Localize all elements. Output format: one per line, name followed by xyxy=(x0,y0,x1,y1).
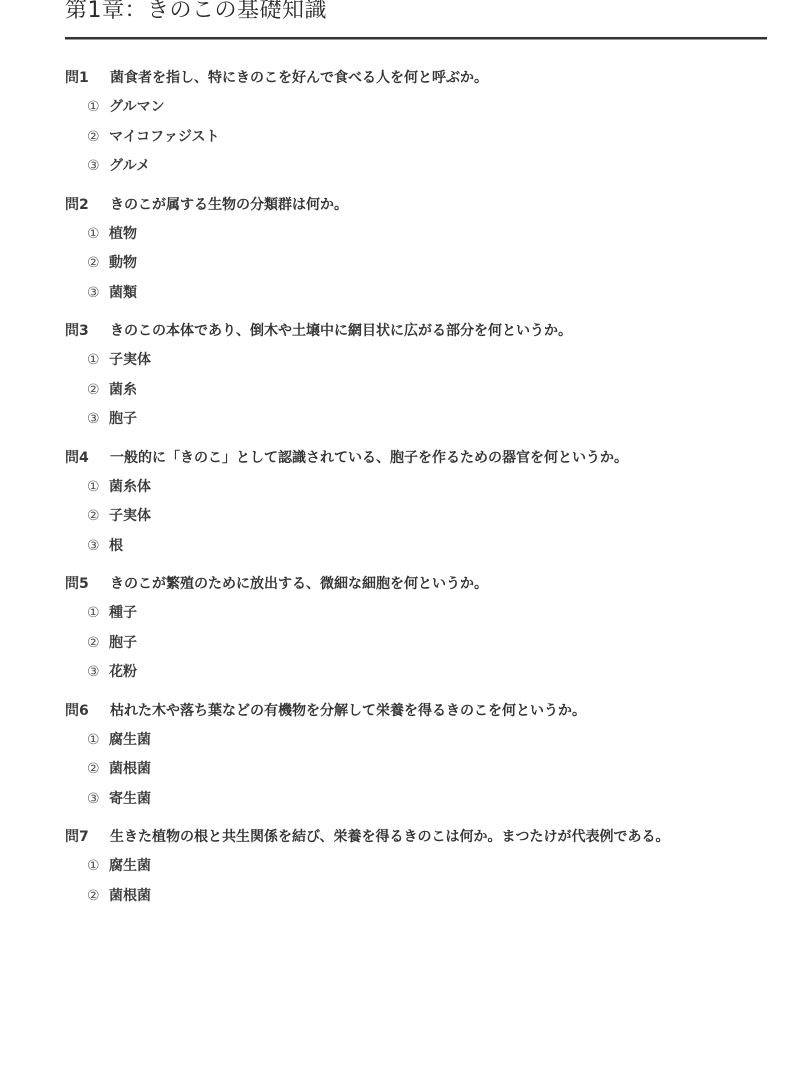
option-1: ①グルマン xyxy=(87,93,767,123)
option-list: ①グルマン ②マイコファジスト ③グルメ xyxy=(65,93,767,182)
option-label: 菌根菌 xyxy=(109,888,151,904)
option-3: ③花粉 xyxy=(87,658,767,688)
option-label: 腐生菌 xyxy=(109,858,151,874)
option-2: ②菌根菌 xyxy=(87,755,767,785)
option-label: 寄生菌 xyxy=(109,791,151,807)
document-page: 第1章：きのこの基礎知識 問1 菌食者を指し、特にきのこを好んで食べる人を何と呼… xyxy=(65,0,767,30)
question-2: 問2 きのこが属する生物の分類群は何か。 ①植物 ②動物 ③菌類 xyxy=(65,190,767,309)
option-2: ②胞子 xyxy=(87,629,767,659)
spacer xyxy=(65,435,767,443)
option-marker: ② xyxy=(87,502,109,532)
option-label: グルマン xyxy=(109,99,165,115)
question-stem: 問3 きのこの本体であり、倒木や土壌中に網目状に広がる部分を何というか。 xyxy=(65,316,767,346)
option-label: 菌類 xyxy=(109,285,137,301)
option-label: 菌糸体 xyxy=(109,479,151,495)
question-stem: 問4一般的に「きのこ」として認識されている、胞子を作るための器官を何というか。 xyxy=(65,443,767,473)
option-label: グルメ xyxy=(109,158,150,174)
option-marker: ① xyxy=(87,726,109,756)
option-1: ①腐生菌 xyxy=(87,852,767,882)
question-stem: 問5 きのこが繁殖のために放出する、微細な細胞を何というか。 xyxy=(65,569,767,599)
option-label: 根 xyxy=(109,538,123,554)
option-3: ③グルメ xyxy=(87,152,767,182)
spacer xyxy=(65,688,767,696)
option-marker: ① xyxy=(87,220,109,250)
option-2: ②マイコファジスト xyxy=(87,123,767,153)
option-list: ①植物 ②動物 ③菌類 xyxy=(65,220,767,309)
option-3: ③寄生菌 xyxy=(87,785,767,815)
spacer xyxy=(65,561,767,569)
question-stem: 問6 枯れた木や落ち葉などの有機物を分解して栄養を得るきのこを何というか。 xyxy=(65,696,767,726)
question-6: 問6 枯れた木や落ち葉などの有機物を分解して栄養を得るきのこを何というか。 ①腐… xyxy=(65,696,767,815)
question-5: 問5 きのこが繁殖のために放出する、微細な細胞を何というか。 ①種子 ②胞子 ③… xyxy=(65,569,767,688)
question-number: 問5 xyxy=(65,569,110,599)
question-text: きのこが繁殖のために放出する、微細な細胞を何というか。 xyxy=(110,569,488,599)
option-marker: ③ xyxy=(87,279,109,309)
option-marker: ③ xyxy=(87,152,109,182)
question-4: 問4一般的に「きのこ」として認識されている、胞子を作るための器官を何というか。 … xyxy=(65,443,767,562)
spacer xyxy=(65,182,767,190)
question-number: 問1 xyxy=(65,63,110,93)
question-7: 問7生きた植物の根と共生関係を結び、栄養を得るきのこは何か。まつたけが代表例であ… xyxy=(65,822,767,911)
option-list: ①子実体 ②菌糸 ③胞子 xyxy=(65,346,767,435)
option-marker: ② xyxy=(87,249,109,279)
question-number: 問2 xyxy=(65,190,110,220)
question-text: きのこが属する生物の分類群は何か。 xyxy=(110,190,348,220)
option-label: 腐生菌 xyxy=(109,732,151,748)
option-list: ①種子 ②胞子 ③花粉 xyxy=(65,599,767,688)
option-marker: ① xyxy=(87,346,109,376)
question-number: 問3 xyxy=(65,316,110,346)
option-marker: ② xyxy=(87,755,109,785)
option-label: 菌糸 xyxy=(109,382,137,398)
question-3: 問3 きのこの本体であり、倒木や土壌中に網目状に広がる部分を何というか。 ①子実… xyxy=(65,316,767,435)
question-text: きのこの本体であり、倒木や土壌中に網目状に広がる部分を何というか。 xyxy=(110,316,572,346)
question-1: 問1 菌食者を指し、特にきのこを好んで食べる人を何と呼ぶか。 ①グルマン ②マイ… xyxy=(65,63,767,182)
option-3: ③胞子 xyxy=(87,405,767,435)
option-marker: ① xyxy=(87,93,109,123)
option-1: ①子実体 xyxy=(87,346,767,376)
option-marker: ② xyxy=(87,882,109,912)
option-label: 子実体 xyxy=(109,508,151,524)
question-stem: 問2 きのこが属する生物の分類群は何か。 xyxy=(65,190,767,220)
option-2: ②動物 xyxy=(87,249,767,279)
option-marker: ② xyxy=(87,123,109,153)
option-marker: ① xyxy=(87,599,109,629)
option-marker: ③ xyxy=(87,405,109,435)
option-label: 種子 xyxy=(109,605,137,621)
option-label: 胞子 xyxy=(109,635,137,651)
option-marker: ① xyxy=(87,473,109,503)
option-2: ②菌根菌 xyxy=(87,882,767,912)
question-stem: 問7生きた植物の根と共生関係を結び、栄養を得るきのこは何か。まつたけが代表例であ… xyxy=(65,822,767,852)
option-1: ①種子 xyxy=(87,599,767,629)
spacer xyxy=(65,814,767,822)
option-marker: ③ xyxy=(87,532,109,562)
question-list: 問1 菌食者を指し、特にきのこを好んで食べる人を何と呼ぶか。 ①グルマン ②マイ… xyxy=(65,63,767,911)
option-1: ①菌糸体 xyxy=(87,473,767,503)
option-marker: ③ xyxy=(87,658,109,688)
option-list: ①腐生菌 ②菌根菌 xyxy=(65,852,767,911)
question-number: 問4 xyxy=(65,443,110,473)
option-marker: ① xyxy=(87,852,109,882)
question-stem: 問1 菌食者を指し、特にきのこを好んで食べる人を何と呼ぶか。 xyxy=(65,63,767,93)
question-number: 問7 xyxy=(65,822,110,852)
option-label: 植物 xyxy=(109,226,137,242)
option-2: ②菌糸 xyxy=(87,376,767,406)
spacer xyxy=(65,308,767,316)
option-marker: ② xyxy=(87,376,109,406)
option-3: ③根 xyxy=(87,532,767,562)
option-label: 胞子 xyxy=(109,411,137,427)
option-label: マイコファジスト xyxy=(109,129,219,145)
option-marker: ② xyxy=(87,629,109,659)
option-label: 菌根菌 xyxy=(109,761,151,777)
question-number: 問6 xyxy=(65,696,110,726)
option-1: ①腐生菌 xyxy=(87,726,767,756)
question-text: 菌食者を指し、特にきのこを好んで食べる人を何と呼ぶか。 xyxy=(110,63,488,93)
option-3: ③菌類 xyxy=(87,279,767,309)
option-list: ①菌糸体 ②子実体 ③根 xyxy=(65,473,767,562)
option-label: 動物 xyxy=(109,255,137,271)
option-label: 子実体 xyxy=(109,352,151,368)
option-1: ①植物 xyxy=(87,220,767,250)
question-text: 枯れた木や落ち葉などの有機物を分解して栄養を得るきのこを何というか。 xyxy=(110,696,586,726)
option-2: ②子実体 xyxy=(87,502,767,532)
option-list: ①腐生菌 ②菌根菌 ③寄生菌 xyxy=(65,726,767,815)
question-text: 一般的に「きのこ」として認識されている、胞子を作るための器官を何というか。 xyxy=(110,450,628,466)
title-divider xyxy=(65,37,767,40)
question-text: 生きた植物の根と共生関係を結び、栄養を得るきのこは何か。まつたけが代表例である。 xyxy=(110,829,669,845)
option-label: 花粉 xyxy=(109,664,137,680)
chapter-title: 第1章：きのこの基礎知識 xyxy=(65,0,767,26)
option-marker: ③ xyxy=(87,785,109,815)
